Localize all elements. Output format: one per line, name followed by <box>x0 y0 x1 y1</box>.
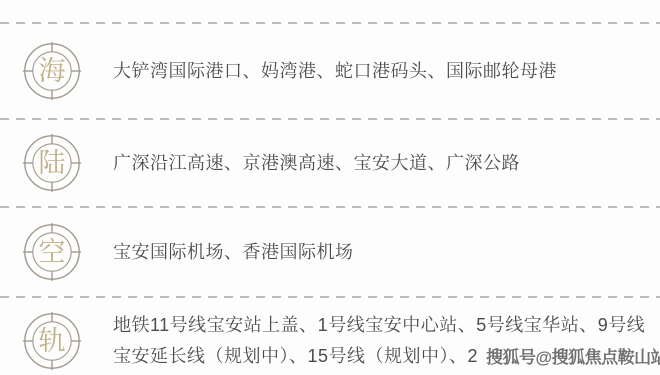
compass-ring-graphic: 轨 <box>23 312 81 370</box>
row-text-line: 大铲湾国际港口、妈湾港、蛇口港码头、国际邮轮母港 <box>113 56 557 87</box>
row-text-line: 广深沿江高速、京港澳高速、宝安大道、广深公路 <box>113 148 520 179</box>
sea-row-text: 大铲湾国际港口、妈湾港、蛇口港码头、国际邮轮母港 <box>113 56 557 87</box>
row-text-line: 地铁11号线宝安站上盖、1号线宝安中心站、5号线宝华站、9号线 <box>113 310 645 341</box>
air-compass-icon: 空 <box>23 223 81 281</box>
top-spacer <box>0 0 660 22</box>
sea-glyph: 海 <box>39 56 66 86</box>
land-glyph: 陆 <box>39 148 66 178</box>
land-compass-icon: 陆 <box>23 134 81 192</box>
compass-ring-graphic: 空 <box>23 223 81 281</box>
rail-compass-icon: 轨 <box>23 312 81 370</box>
air-row-text: 宝安国际机场、香港国际机场 <box>113 237 354 268</box>
transport-infographic: 海 大铲湾国际港口、妈湾港、蛇口港码头、国际邮轮母港 陆 广深沿江高速、京港澳高… <box>0 0 660 375</box>
land-row-text: 广深沿江高速、京港澳高速、宝安大道、广深公路 <box>113 148 520 179</box>
row-sea: 海 大铲湾国际港口、妈湾港、蛇口港码头、国际邮轮母港 <box>0 24 660 118</box>
compass-ring-graphic: 海 <box>23 42 81 100</box>
compass-ring-graphic: 陆 <box>23 134 81 192</box>
sea-compass-icon: 海 <box>23 42 81 100</box>
air-glyph: 空 <box>39 237 66 267</box>
row-land: 陆 广深沿江高速、京港澳高速、宝安大道、广深公路 <box>0 120 660 206</box>
sohu-watermark: 搜狐号@搜狐焦点鞍山站 <box>486 343 660 368</box>
row-air: 空 宝安国际机场、香港国际机场 <box>0 208 660 296</box>
rail-glyph: 轨 <box>39 326 66 356</box>
row-text-line: 宝安国际机场、香港国际机场 <box>113 237 354 268</box>
